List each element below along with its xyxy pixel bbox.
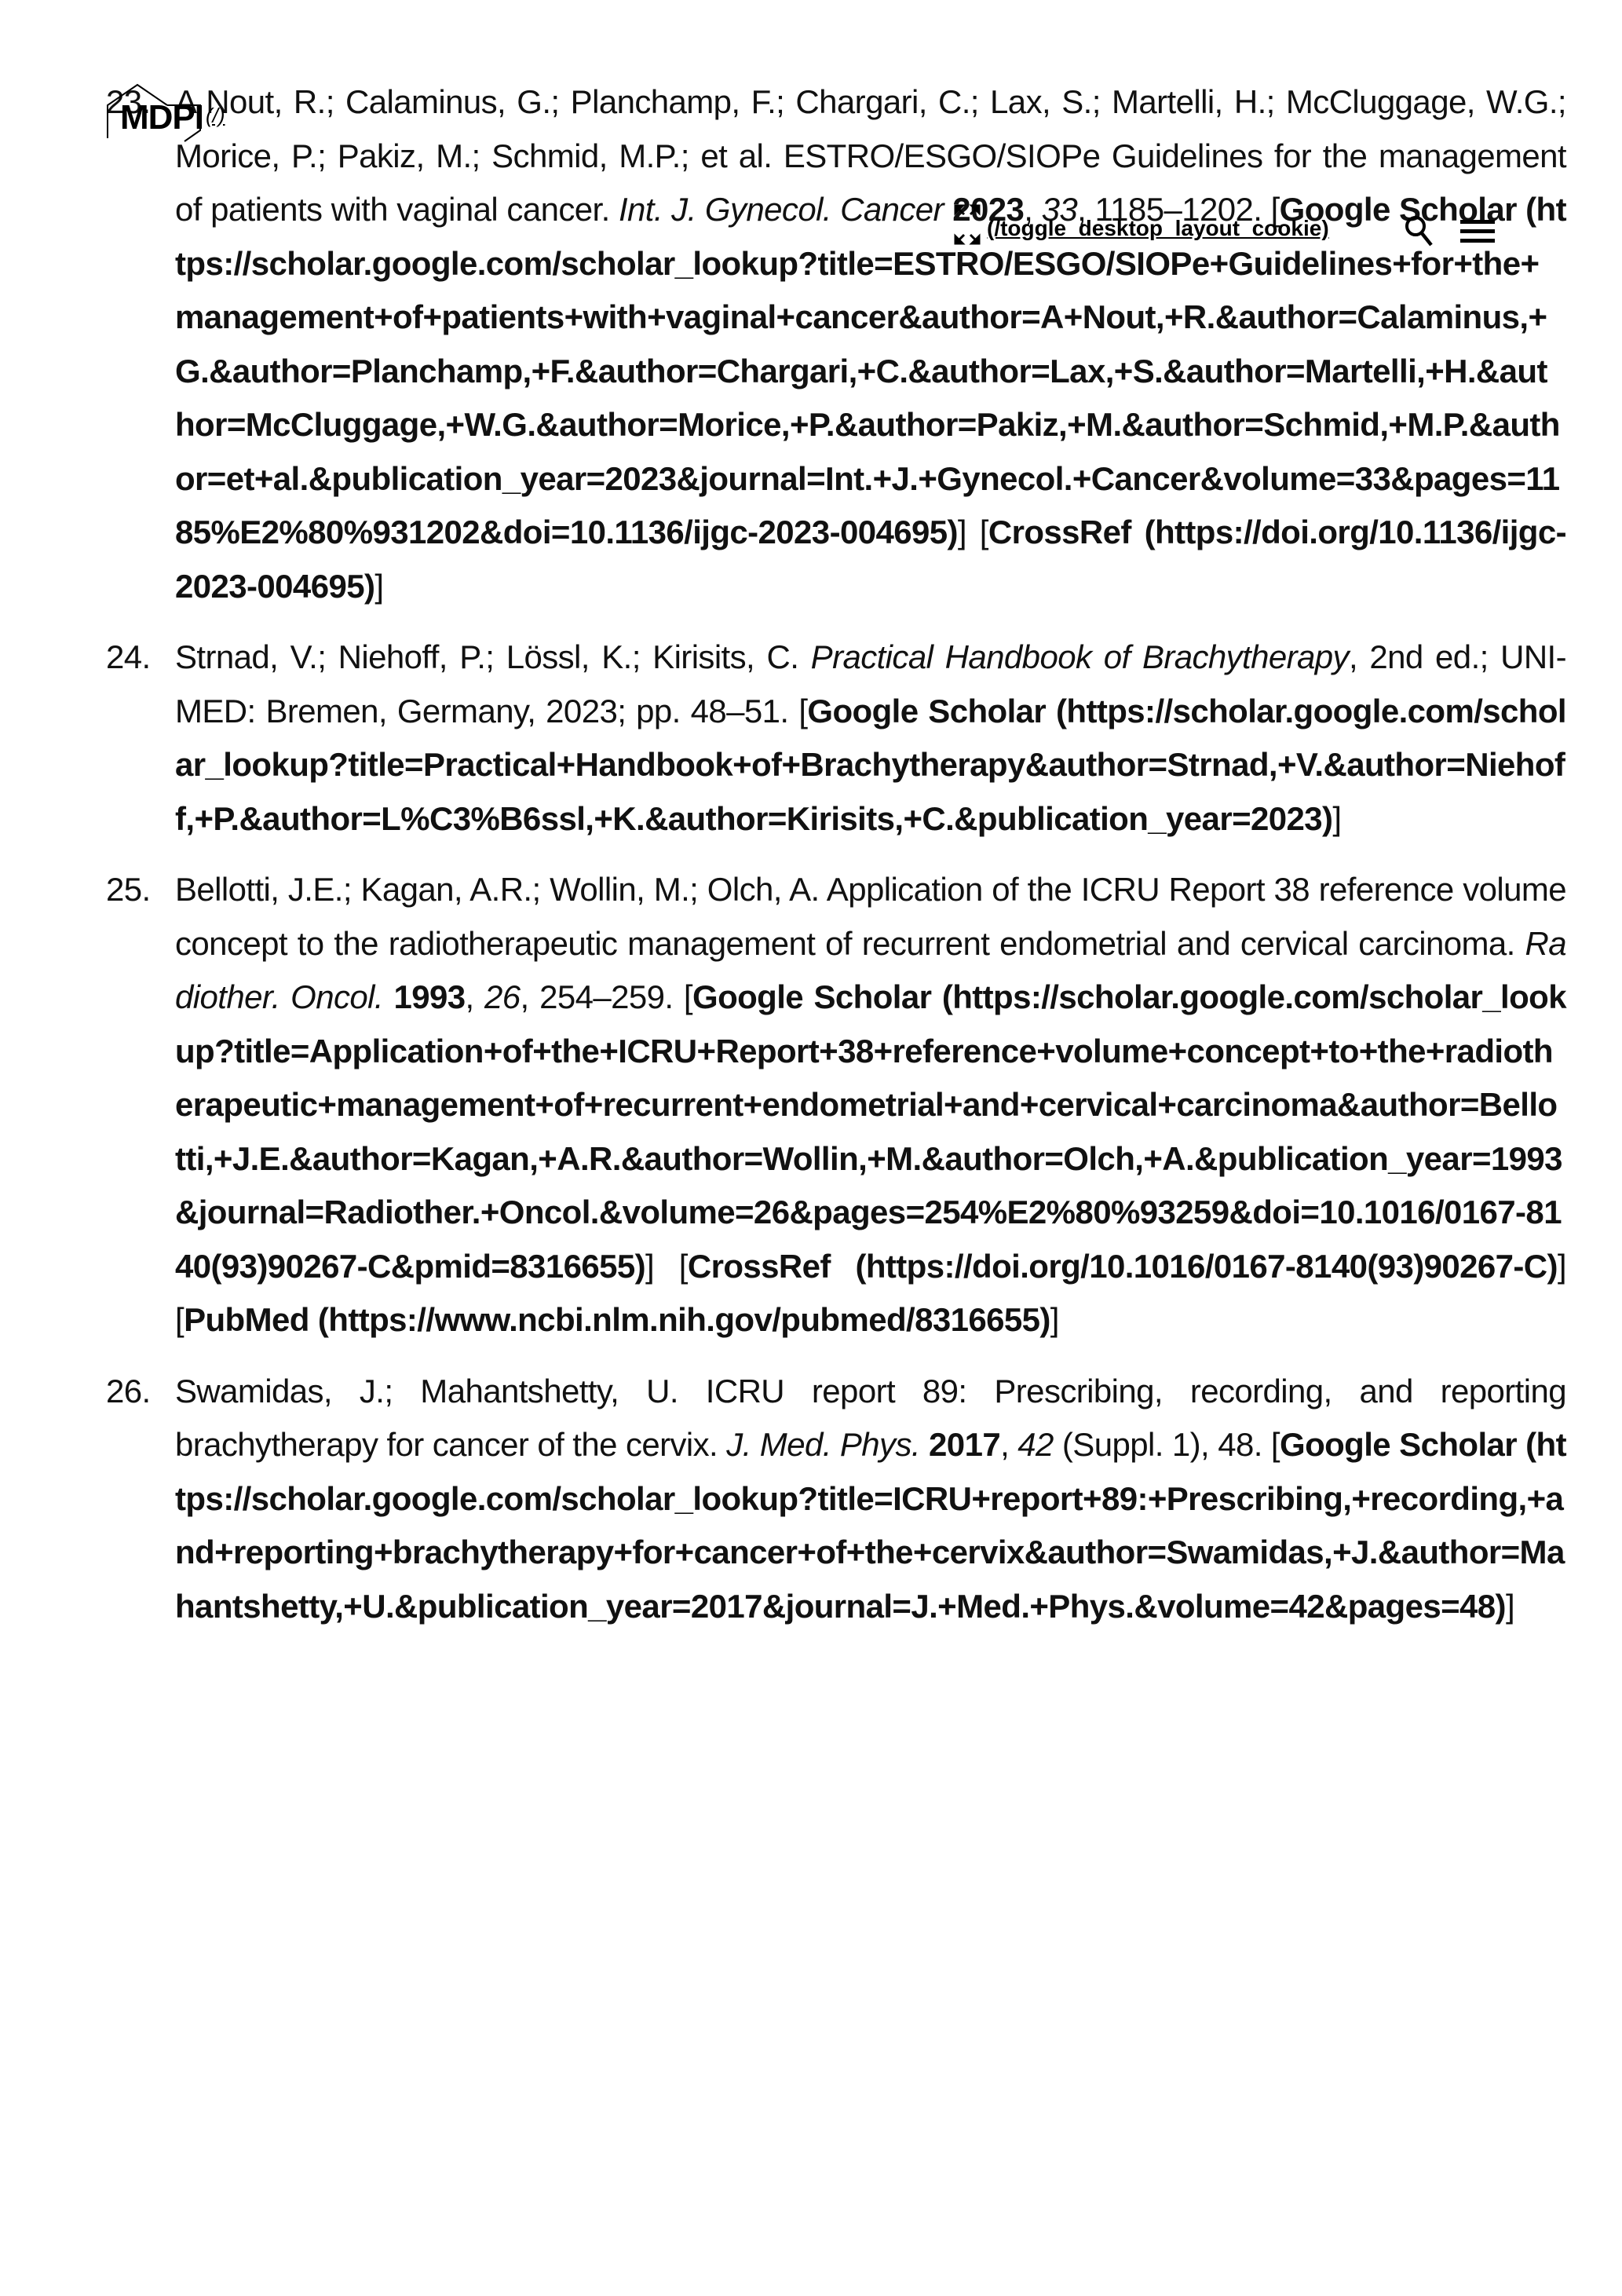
pubmed-link[interactable]: PubMed (https://www.ncbi.nlm.nih.gov/pub… bbox=[184, 1301, 1050, 1338]
menu-button[interactable] bbox=[1460, 218, 1495, 245]
mdpi-logo-text: MDPI bbox=[120, 101, 203, 135]
expand-arrows-icon bbox=[954, 204, 981, 245]
reference-item-23: 23. A Nout, R.; Calaminus, G.; Planchamp… bbox=[106, 75, 1566, 613]
reference-number: 25. bbox=[106, 863, 151, 917]
crossref-link[interactable]: CrossRef (https://doi.org/10.1016/0167-8… bbox=[688, 1248, 1558, 1285]
hamburger-menu-icon bbox=[1460, 218, 1495, 245]
reference-authors-title: Bellotti, J.E.; Kagan, A.R.; Wollin, M.;… bbox=[175, 871, 1566, 962]
reference-number: 26. bbox=[106, 1365, 151, 1419]
reference-book-title: Practical Handbook of Brachytherapy bbox=[811, 638, 1349, 675]
google-scholar-link[interactable]: Google Scholar (https://scholar.google.c… bbox=[175, 978, 1566, 1285]
reference-year: 2017 bbox=[929, 1426, 1000, 1463]
reference-volume: 42 bbox=[1017, 1426, 1054, 1463]
reference-number: 24. bbox=[106, 631, 151, 685]
reference-pages: (Suppl. 1), 48. bbox=[1062, 1426, 1262, 1463]
reference-list: 23. A Nout, R.; Calaminus, G.; Planchamp… bbox=[106, 75, 1566, 1651]
toggle-desktop-layout-link[interactable]: (/toggle_desktop_layout_cookie) bbox=[954, 204, 1329, 245]
reference-journal: J. Med. Phys. bbox=[726, 1426, 920, 1463]
reference-journal: Int. J. Gynecol. Cancer bbox=[619, 191, 944, 228]
home-link[interactable]: (/) bbox=[206, 104, 225, 128]
search-button[interactable] bbox=[1403, 214, 1434, 248]
reference-authors: Strnad, V.; Niehoff, P.; Lössl, K.; Kiri… bbox=[175, 638, 811, 675]
reference-volume: 26 bbox=[484, 978, 521, 1015]
reference-item-26: 26. Swamidas, J.; Mahantshetty, U. ICRU … bbox=[106, 1365, 1566, 1634]
google-scholar-link[interactable]: Google Scholar (https://scholar.google.c… bbox=[175, 191, 1566, 550]
reference-item-25: 25. Bellotti, J.E.; Kagan, A.R.; Wollin,… bbox=[106, 863, 1566, 1347]
reference-pages: 254–259. bbox=[539, 978, 673, 1015]
reference-year: 1993 bbox=[393, 978, 465, 1015]
mdpi-logo-link[interactable]: MDPI bbox=[106, 75, 200, 133]
search-icon bbox=[1403, 214, 1434, 248]
toggle-layout-label: (/toggle_desktop_layout_cookie) bbox=[987, 217, 1329, 240]
reference-item-24: 24. Strnad, V.; Niehoff, P.; Lössl, K.; … bbox=[106, 631, 1566, 846]
